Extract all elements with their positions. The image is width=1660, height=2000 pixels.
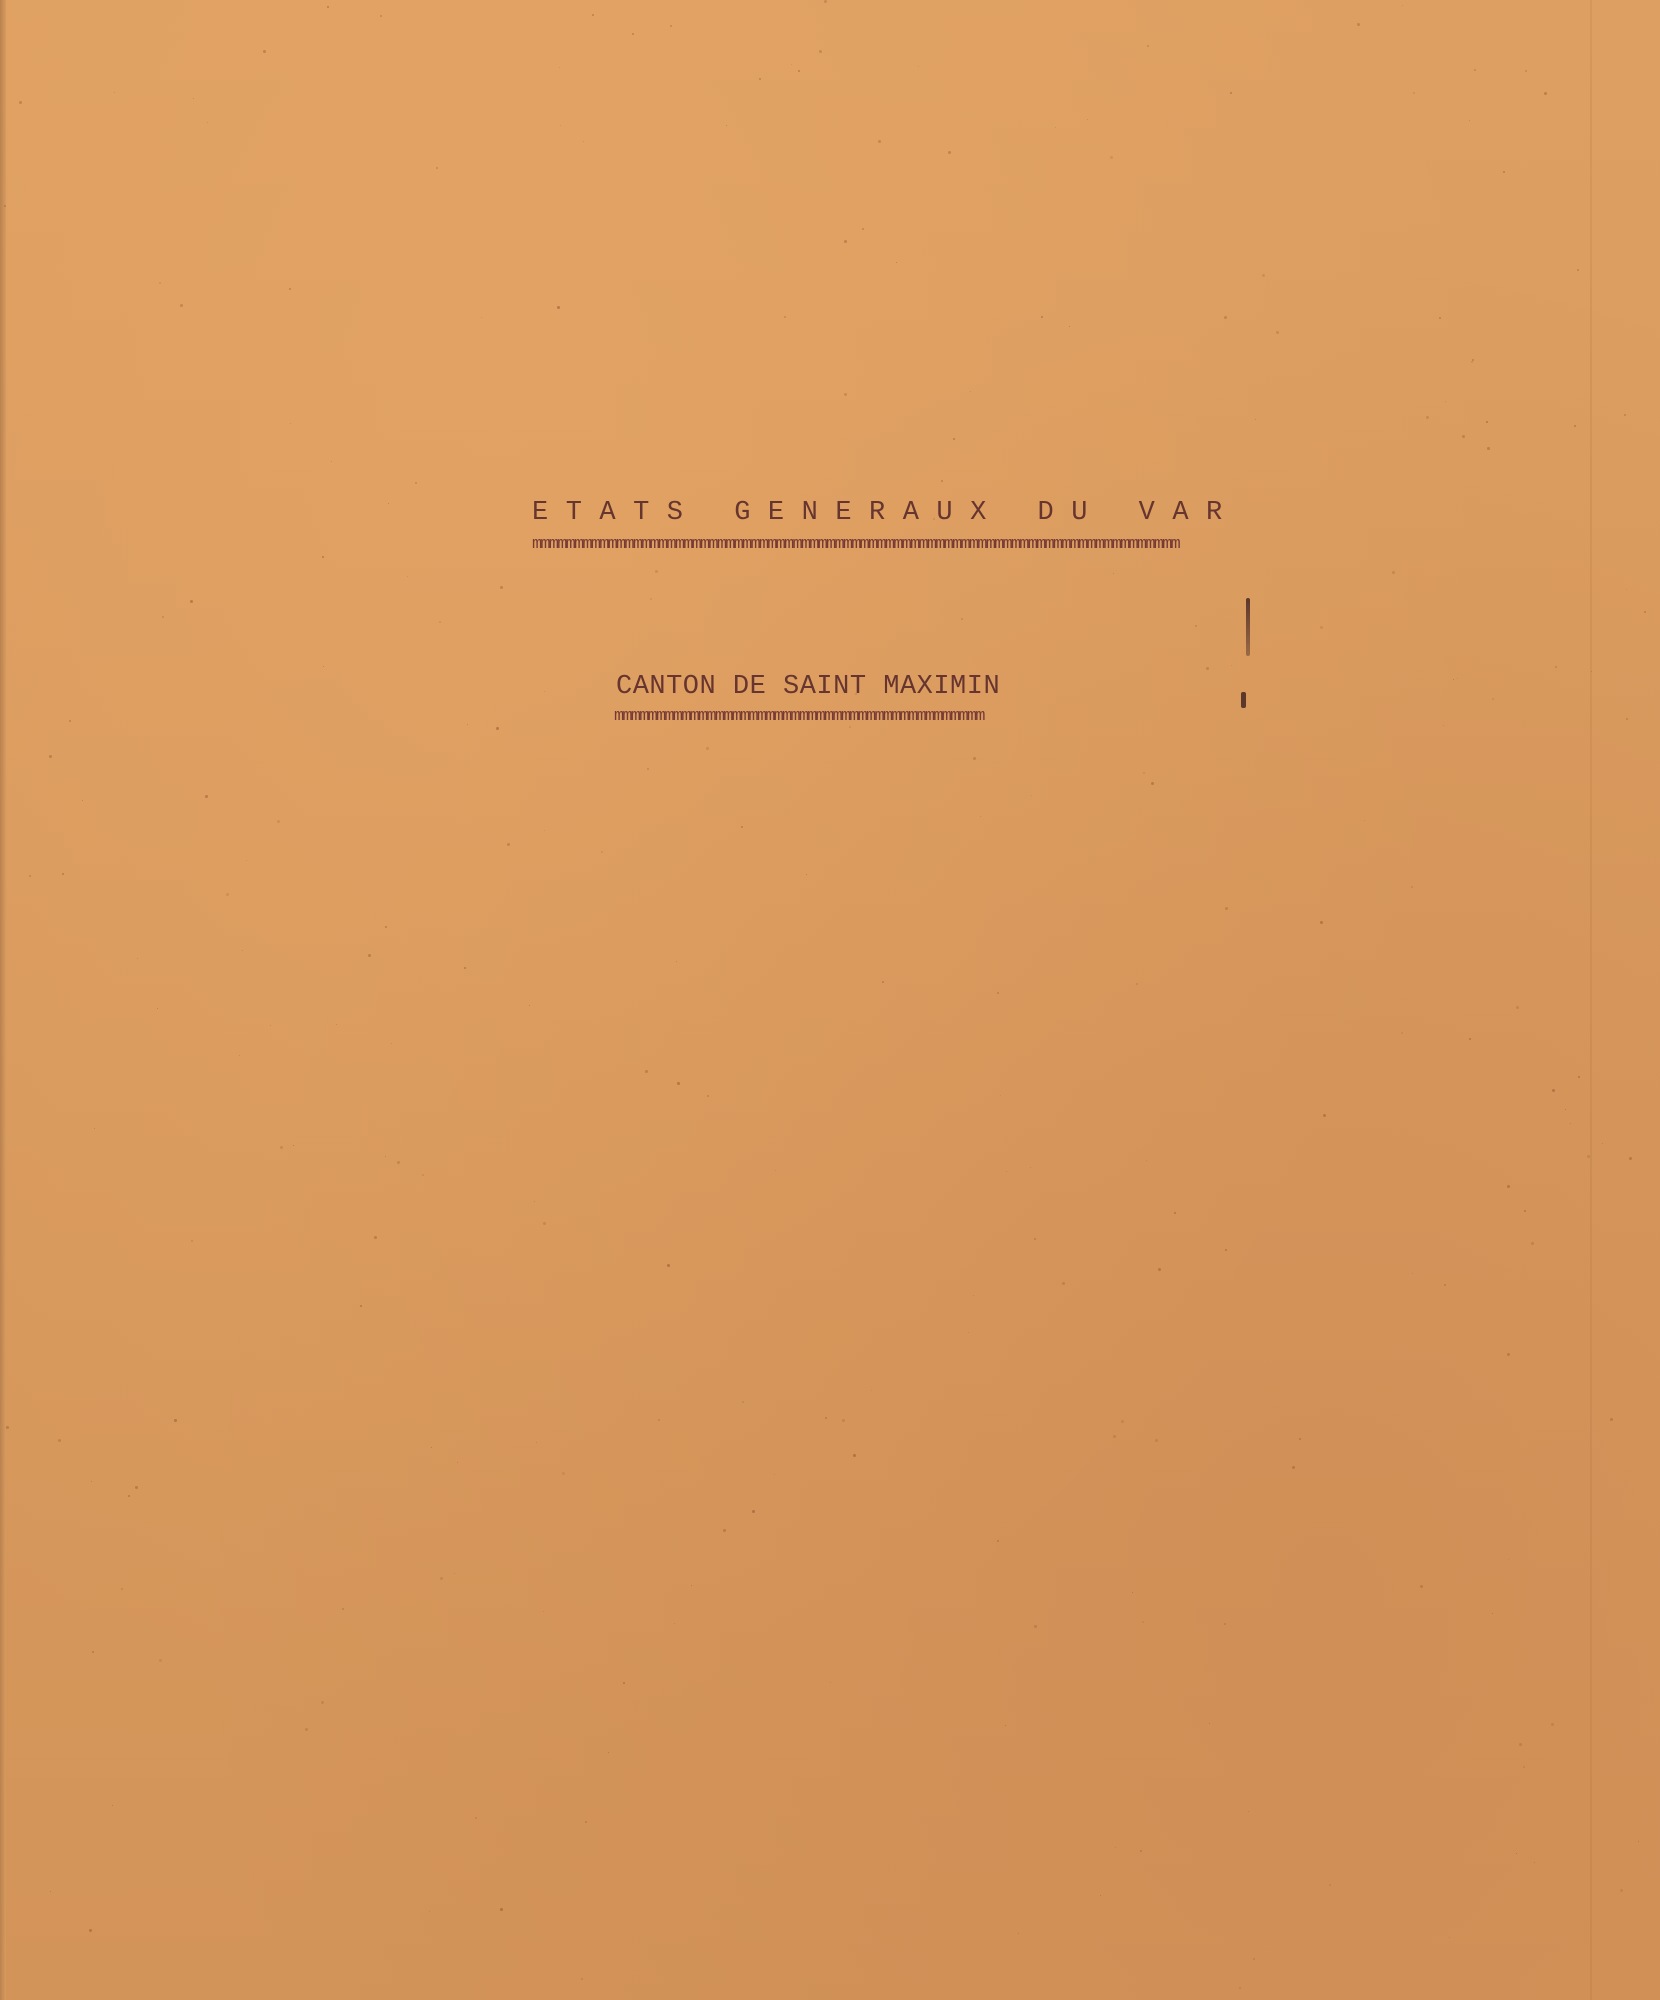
title-underline: mmmmmmmmmmmmmmmmmmmmmmmmmmmmmmmmmmmmmmmm… <box>532 535 1179 554</box>
document-subtitle: CANTON DE SAINT MAXIMIN <box>616 672 1000 702</box>
paper-fold-line <box>1590 0 1592 2000</box>
paper-left-edge <box>0 0 6 2000</box>
pen-mark-dot <box>1241 692 1246 708</box>
pen-mark <box>1246 598 1250 656</box>
document-cover-paper <box>0 0 1660 2000</box>
document-title: ETATS GENERAUX DU VAR <box>532 498 1240 528</box>
subtitle-underline: mmmmmmmmmmmmmmmmmmmmmmmmmmmmmmmmmmmmmmmm… <box>614 707 984 726</box>
